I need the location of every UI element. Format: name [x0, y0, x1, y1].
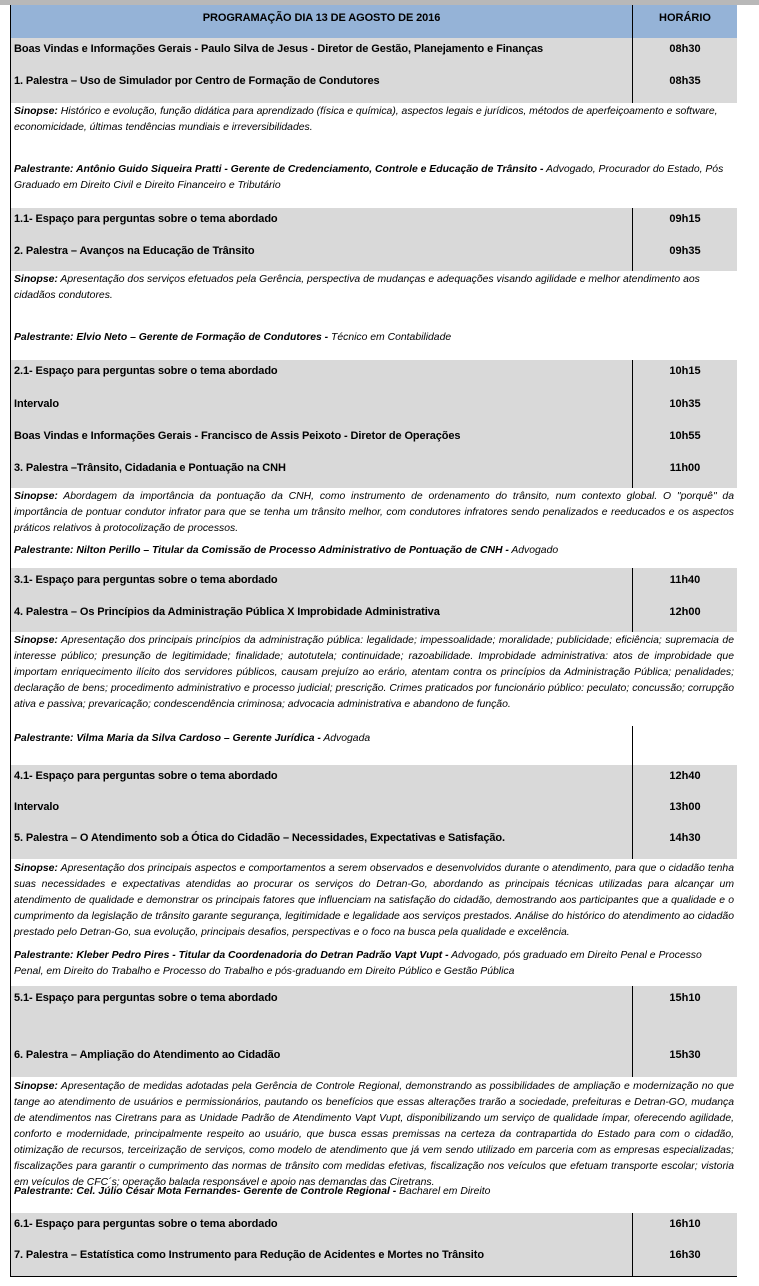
talk-details: Sinopse: Apresentação dos serviços efetu… — [11, 271, 737, 365]
schedule-block: 6.1- Espaço para perguntas sobre o tema … — [11, 1213, 737, 1276]
speaker-name: Palestrante: Antônio Guido Siqueira Prat… — [14, 164, 543, 175]
schedule-time: 16h30 — [633, 1249, 737, 1261]
synopsis-text: Abordagem da importância da pontuação da… — [14, 491, 734, 534]
schedule-item: 5.1- Espaço para perguntas sobre o tema … — [14, 992, 278, 1004]
talk-details: Sinopse: Apresentação de medidas adotada… — [11, 1077, 737, 1213]
synopsis-label: Sinopse: — [14, 1081, 58, 1092]
synopsis-label: Sinopse: — [14, 106, 58, 117]
synopsis-text: Histórico e evolução, função didática pa… — [14, 106, 717, 133]
synopsis-label: Sinopse: — [14, 635, 58, 646]
schedule-time: 10h35 — [633, 398, 737, 410]
schedule-time: 12h00 — [633, 606, 737, 618]
speaker: Palestrante: Nilton Perillo – Titular da… — [14, 543, 734, 559]
schedule-block: 3.1- Espaço para perguntas sobre o tema … — [11, 568, 737, 632]
schedule-time: 09h35 — [633, 245, 737, 257]
schedule-time: 14h30 — [633, 832, 737, 844]
synopsis: Sinopse: Apresentação dos serviços efetu… — [14, 272, 734, 304]
schedule-item: 2.1- Espaço para perguntas sobre o tema … — [14, 365, 278, 377]
speaker-bio: Técnico em Contabilidade — [328, 332, 451, 343]
talk-details: Sinopse: Histórico e evolução, função di… — [11, 103, 737, 208]
schedule-time: 08h30 — [633, 43, 737, 55]
speaker-name: Palestrante: Kleber Pedro Pires - Titula… — [14, 950, 449, 961]
speaker-name: Palestrante: Nilton Perillo – Titular da… — [14, 545, 509, 556]
schedule-item: Boas Vindas e Informações Gerais - Franc… — [14, 430, 460, 442]
schedule-item: 6.1- Espaço para perguntas sobre o tema … — [14, 1218, 278, 1230]
synopsis: Sinopse: Apresentação dos principais asp… — [14, 861, 734, 941]
schedule-item: 3. Palestra –Trânsito, Cidadania e Pontu… — [14, 462, 286, 474]
schedule-time: 09h15 — [633, 213, 737, 225]
speaker-bio: Advogada — [321, 733, 370, 744]
header-time-label: HORÁRIO — [633, 12, 737, 24]
talk-details: Sinopse: Apresentação dos principais pri… — [11, 632, 737, 765]
schedule-item: Boas Vindas e Informações Gerais - Paulo… — [14, 43, 543, 55]
speaker-bio: Advogado — [509, 545, 558, 556]
schedule-time: 10h15 — [633, 365, 737, 377]
synopsis-text: Apresentação dos principais princípios d… — [14, 635, 734, 710]
synopsis: Sinopse: Apresentação de medidas adotada… — [14, 1079, 734, 1191]
schedule-table: PROGRAMAÇÃO DIA 13 DE AGOSTO DE 2016 HOR… — [10, 5, 737, 1277]
schedule-item: Intervalo — [14, 398, 59, 410]
speaker: Palestrante: Vilma Maria da Silva Cardos… — [14, 731, 734, 747]
schedule-block: Boas Vindas e Informações Gerais - Paulo… — [11, 38, 737, 103]
schedule-time: 11h00 — [633, 462, 737, 474]
schedule-time: 08h35 — [633, 75, 737, 87]
schedule-block: 2.1- Espaço para perguntas sobre o tema … — [11, 360, 737, 488]
speaker-name: Palestrante: Cel. Júlio César Mota Ferna… — [14, 1186, 396, 1197]
schedule-block: 5.1- Espaço para perguntas sobre o tema … — [11, 986, 737, 1081]
schedule-time: 10h55 — [633, 430, 737, 442]
schedule-item: 6. Palestra – Ampliação do Atendimento a… — [14, 1049, 280, 1061]
header-title: PROGRAMAÇÃO DIA 13 DE AGOSTO DE 2016 — [11, 12, 632, 24]
schedule-item: 4.1- Espaço para perguntas sobre o tema … — [14, 770, 278, 782]
schedule-time: 13h00 — [633, 801, 737, 813]
speaker-name: Palestrante: Elvio Neto – Gerente de For… — [14, 332, 328, 343]
synopsis-text: Apresentação dos serviços efetuados pela… — [14, 274, 700, 301]
table-header: PROGRAMAÇÃO DIA 13 DE AGOSTO DE 2016 HOR… — [11, 5, 737, 38]
speaker: Palestrante: Kleber Pedro Pires - Titula… — [14, 948, 734, 980]
speaker: Palestrante: Elvio Neto – Gerente de For… — [14, 330, 734, 346]
synopsis-label: Sinopse: — [14, 274, 58, 285]
schedule-block: 1.1- Espaço para perguntas sobre o tema … — [11, 208, 737, 271]
schedule-item: Intervalo — [14, 801, 59, 813]
schedule-item: 2. Palestra – Avanços na Educação de Trâ… — [14, 245, 254, 257]
schedule-time: 11h40 — [633, 574, 737, 586]
synopsis-text: Apresentação dos principais aspectos e c… — [14, 863, 734, 938]
speaker-name: Palestrante: Vilma Maria da Silva Cardos… — [14, 733, 321, 744]
schedule-item: 7. Palestra – Estatística como Instrumen… — [14, 1249, 484, 1261]
schedule-item: 1. Palestra – Uso de Simulador por Centr… — [14, 75, 380, 87]
speaker: Palestrante: Cel. Júlio César Mota Ferna… — [14, 1184, 734, 1200]
schedule-item: 4. Palestra – Os Princípios da Administr… — [14, 606, 440, 618]
column-divider — [632, 726, 633, 765]
schedule-item: 3.1- Espaço para perguntas sobre o tema … — [14, 574, 278, 586]
schedule-item: 5. Palestra – O Atendimento sob a Ótica … — [14, 832, 505, 844]
schedule-time: 15h10 — [633, 992, 737, 1004]
synopsis: Sinopse: Histórico e evolução, função di… — [14, 104, 734, 136]
schedule-time: 12h40 — [633, 770, 737, 782]
synopsis-text: Apresentação de medidas adotadas pela Ge… — [14, 1081, 734, 1188]
talk-details: Sinopse: Apresentação dos principais asp… — [11, 859, 737, 986]
synopsis: Sinopse: Abordagem da importância da pon… — [14, 489, 734, 537]
synopsis-label: Sinopse: — [14, 491, 58, 502]
schedule-time: 16h10 — [633, 1218, 737, 1230]
schedule-time: 15h30 — [633, 1049, 737, 1061]
schedule-block: 4.1- Espaço para perguntas sobre o tema … — [11, 765, 737, 859]
synopsis-label: Sinopse: — [14, 863, 58, 874]
schedule-item: 1.1- Espaço para perguntas sobre o tema … — [14, 213, 278, 225]
speaker-bio: Bacharel em Direito — [396, 1186, 490, 1197]
talk-details: Sinopse: Abordagem da importância da pon… — [11, 488, 737, 568]
synopsis: Sinopse: Apresentação dos principais pri… — [14, 633, 734, 713]
speaker: Palestrante: Antônio Guido Siqueira Prat… — [14, 162, 734, 194]
